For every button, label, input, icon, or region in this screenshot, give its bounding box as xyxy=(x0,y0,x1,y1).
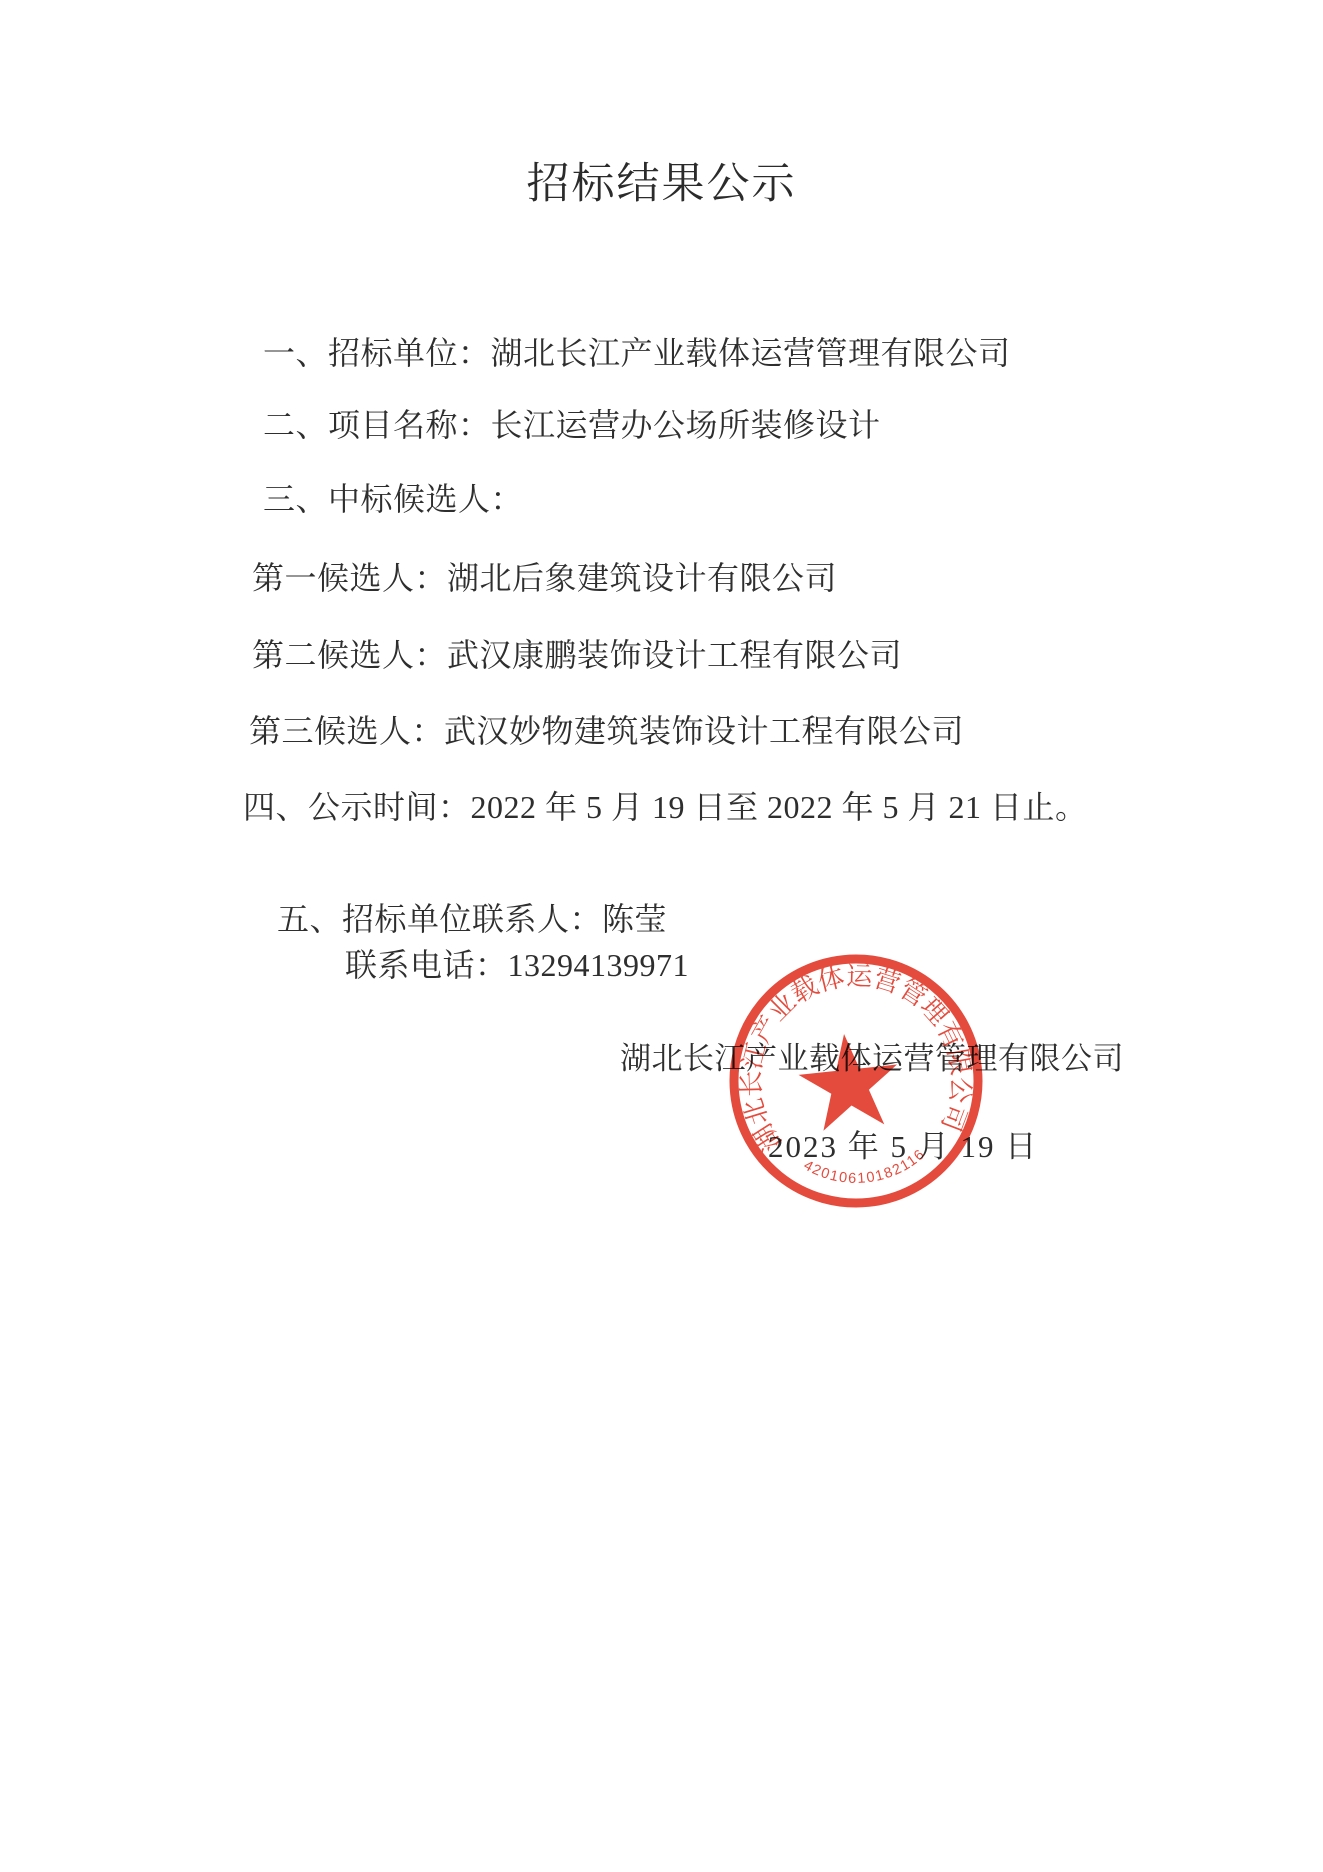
seal-star-icon xyxy=(795,1029,903,1133)
candidate-first: 第一候选人：湖北后象建筑设计有限公司 xyxy=(252,553,837,599)
list-item-publicity-period: 四、公示时间：2022 年 5 月 19 日至 2022 年 5 月 21 日止… xyxy=(243,782,1088,828)
document-title: 招标结果公示 xyxy=(0,150,1323,211)
seal-arc-text-holder: 湖北长江产业载体运营管理有限公司 xyxy=(724,949,981,1158)
contact-person: 五、招标单位联系人：陈莹 xyxy=(277,901,667,937)
candidate-third: 第三候选人：武汉妙物建筑装饰设计工程有限公司 xyxy=(249,706,964,752)
list-item-bid-unit: 一、招标单位：湖北长江产业载体运营管理有限公司 xyxy=(263,328,1011,374)
candidate-second: 第二候选人：武汉康鹏装饰设计工程有限公司 xyxy=(252,630,902,676)
document-page: 招标结果公示 一、招标单位：湖北长江产业载体运营管理有限公司 二、项目名称：长江… xyxy=(0,0,1323,1872)
list-item-contact: 五、招标单位联系人：陈莹 联系电话：13294139971 xyxy=(243,857,689,1023)
company-seal: 湖北长江产业载体运营管理有限公司 42010610182116 xyxy=(724,949,988,1213)
list-item-candidates-heading: 三、中标候选人： xyxy=(263,474,523,520)
list-item-project-name: 二、项目名称：长江运营办公场所装修设计 xyxy=(263,400,881,446)
seal-arc-text: 湖北长江产业载体运营管理有限公司 xyxy=(724,949,981,1158)
contact-phone: 联系电话：13294139971 xyxy=(345,947,689,983)
